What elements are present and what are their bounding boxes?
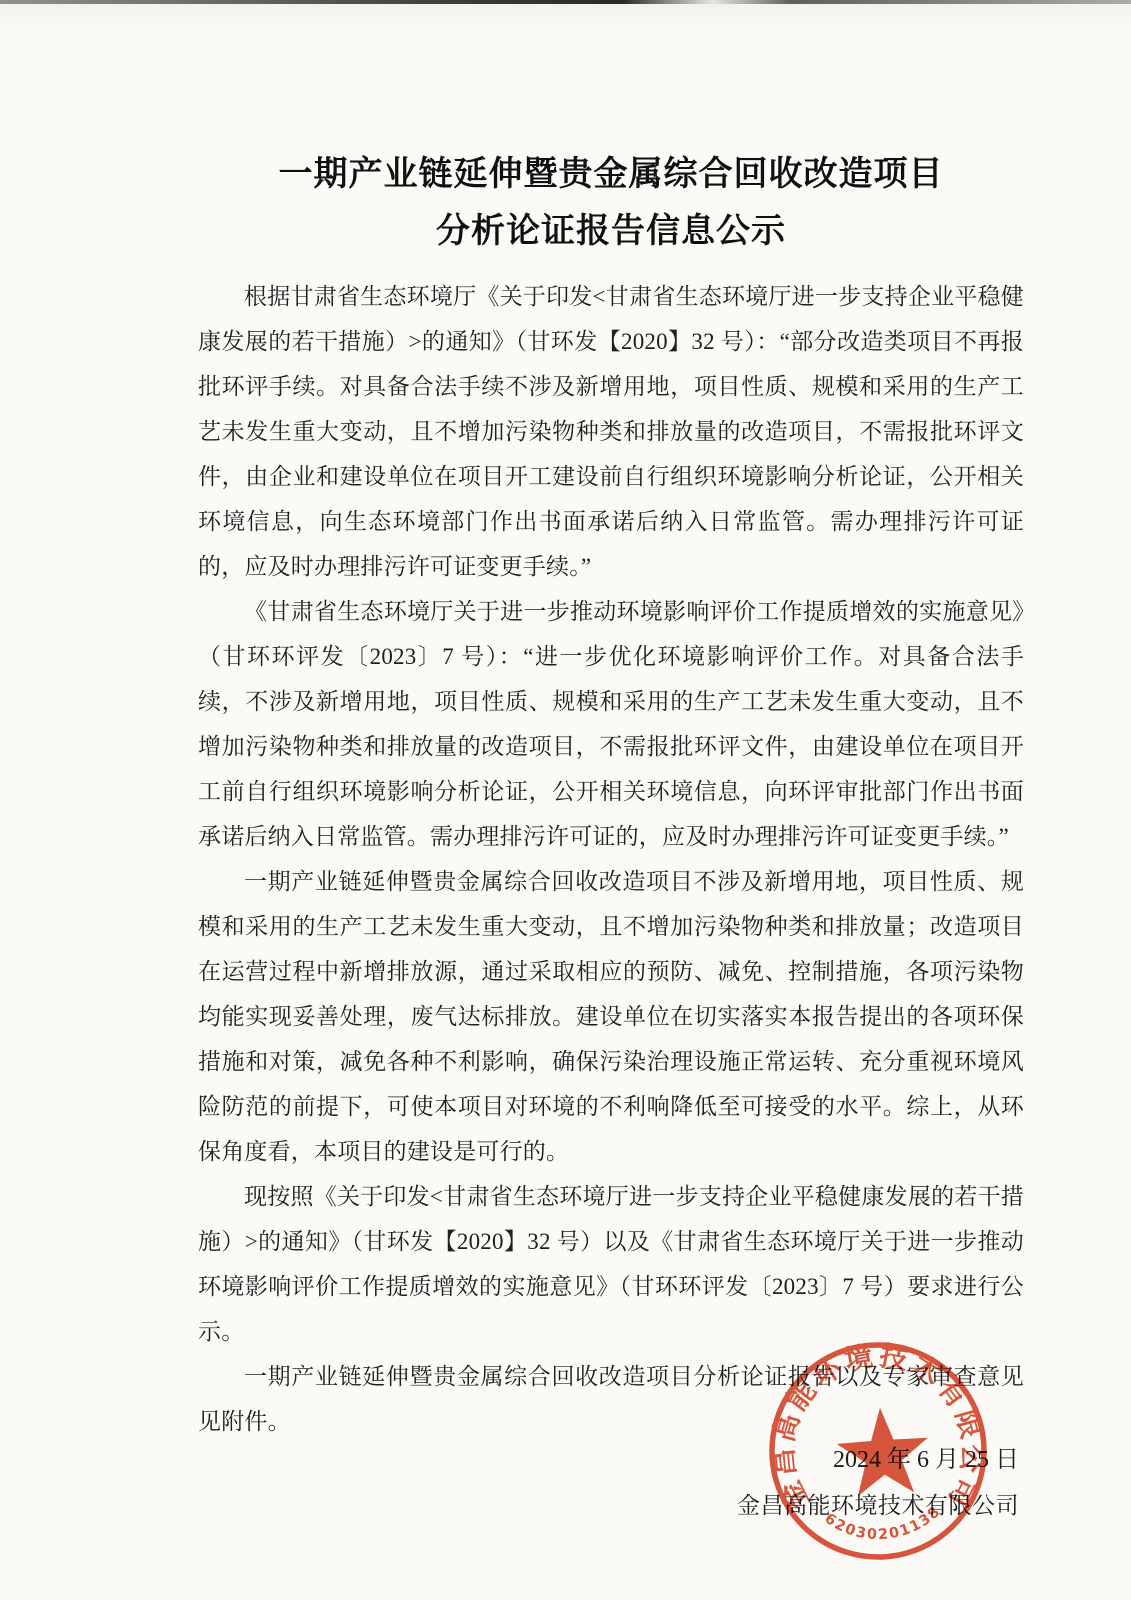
- document-body: 一期产业链延伸暨贵金属综合回收改造项目 分析论证报告信息公示 根据甘肃省生态环境…: [198, 0, 1024, 1528]
- paragraph-4: 现按照《关于印发<甘肃省生态环境厅进一步支持企业平稳健康发展的若干措施）>的通知…: [198, 1174, 1024, 1354]
- paragraph-1: 根据甘肃省生态环境厅《关于印发<甘肃省生态环境厅进一步支持企业平稳健康发展的若干…: [198, 274, 1024, 589]
- title-line-1: 一期产业链延伸暨贵金属综合回收改造项目: [198, 146, 1024, 203]
- seal-star-icon: [834, 1405, 931, 1498]
- scanned-document-page: 一期产业链延伸暨贵金属综合回收改造项目 分析论证报告信息公示 根据甘肃省生态环境…: [0, 0, 1131, 1600]
- company-seal-stamp: 金昌高能环境技术有限公司 6203020113811: [750, 1323, 1006, 1579]
- paragraph-2: 《甘肃省生态环境厅关于进一步推动环境影响评价工作提质增效的实施意见》（甘环环评发…: [198, 589, 1024, 859]
- paragraph-block: 根据甘肃省生态环境厅《关于印发<甘肃省生态环境厅进一步支持企业平稳健康发展的若干…: [198, 274, 1024, 1444]
- paragraph-3: 一期产业链延伸暨贵金属综合回收改造项目不涉及新增用地，项目性质、规模和采用的生产…: [198, 859, 1024, 1174]
- document-title: 一期产业链延伸暨贵金属综合回收改造项目 分析论证报告信息公示: [198, 146, 1024, 260]
- title-line-2: 分析论证报告信息公示: [198, 203, 1024, 260]
